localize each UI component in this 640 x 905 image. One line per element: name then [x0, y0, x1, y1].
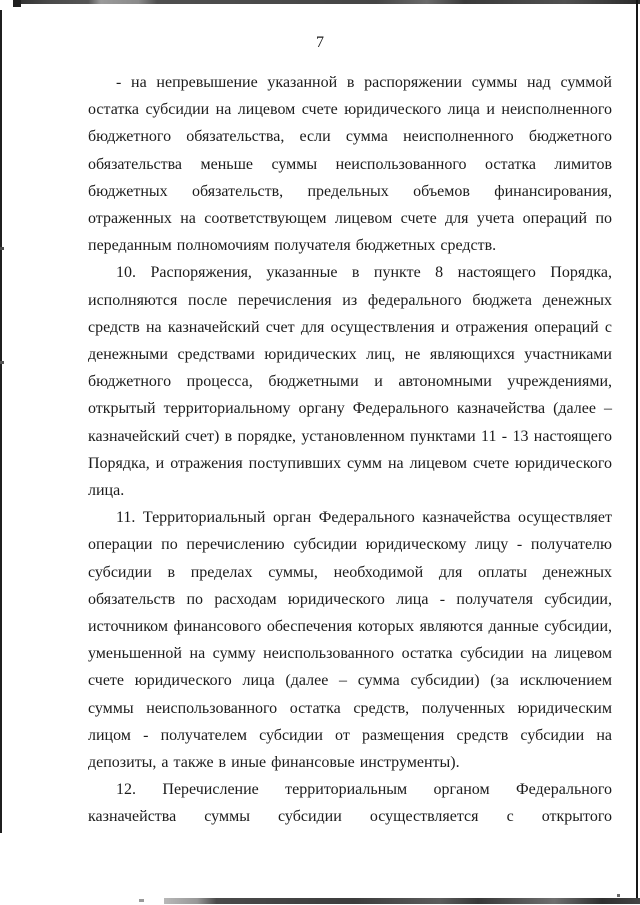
- scan-noise: [617, 894, 620, 897]
- paragraph: 11. Территориальный орган Федерального к…: [88, 504, 612, 776]
- page-number: 7: [0, 34, 640, 52]
- paragraph: - на непревышение указанной в распоряжен…: [88, 69, 612, 259]
- scan-noise: [0, 247, 4, 250]
- paragraph: 12. Перечисление территориальным органом…: [88, 776, 612, 830]
- scan-border-left: [0, 10, 2, 833]
- scan-border-top: [13, 0, 640, 4]
- document-text: - на непревышение указанной в распоряжен…: [88, 69, 612, 831]
- scanned-document-page: 7 - на непревышение указанной в распоряж…: [0, 0, 640, 905]
- scan-noise: [139, 899, 144, 902]
- scan-noise: [13, 0, 21, 7]
- scan-noise: [0, 361, 4, 364]
- scan-border-right: [636, 0, 638, 901]
- paragraph: 10. Распоряжения, указанные в пункте 8 н…: [88, 259, 612, 504]
- scan-border-bottom: [164, 898, 640, 904]
